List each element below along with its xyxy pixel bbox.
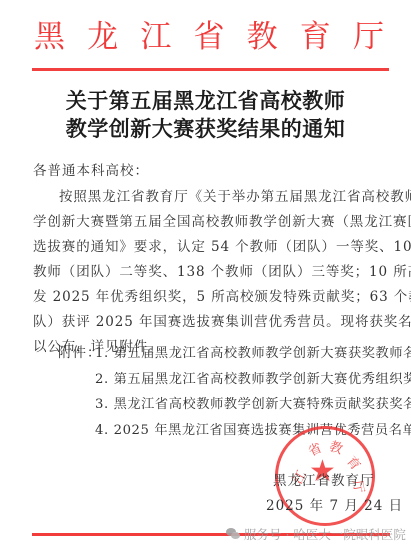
letterhead-char: 省 [193,20,224,54]
signature: 黑龙江省教育厅 [273,473,375,489]
seal-char: 育 [343,451,366,473]
watermark: 服务号 · 哈医大一院眼科医院 [226,525,406,543]
attachments-list: 1. 第五届黑龙江省高校教师教学创新大赛获奖教师名单 2. 第五届黑龙江省高校教… [95,341,411,443]
body-line: 按照黑龙江省教育厅《关于举办第五届黑龙江省高校教师教 [33,185,388,210]
salutation: 各普通本科高校： [33,163,149,179]
watermark-text: 服务号 · 哈医大一院眼科医院 [244,525,406,543]
letterhead-rule [32,68,389,71]
document-title: 关于第五届黑龙江省高校教师 教学创新大赛获奖结果的通知 [0,87,411,143]
signature-date: 2025 年 7 月 24 日 [266,498,403,514]
body-line: 选拔赛的通知》要求，认定 54 个教师（团队）一等奖、109 个 [33,235,388,260]
body-line: 教师（团队）二等奖、138 个教师（团队）三等奖；10 所高校颁 [33,260,388,285]
attachment-item: 3. 黑龙江省高校教师教学创新大赛特殊贡献奖获奖名单 [95,392,411,418]
wechat-icon [226,528,240,540]
body-line: 队）获评 2025 年国赛选拔赛集训营优秀营员。现将获奖名单予 [33,310,388,335]
body-paragraph: 按照黑龙江省教育厅《关于举办第五届黑龙江省高校教师教 学创新大赛暨第五届全国高校… [33,185,388,360]
document-title-line: 关于第五届黑龙江省高校教师 [0,87,411,115]
letterhead-char: 育 [300,20,331,54]
letterhead-title: 黑 龙 江 省 教 育 厅 [34,20,384,54]
attachment-item: 4. 2025 年黑龙江省国赛选拔赛集训营优秀营员名单 [95,418,411,444]
attachment-item: 2. 第五届黑龙江省高校教师教学创新大赛优秀组织奖获奖名单 [95,367,411,393]
body-line: 发 2025 年优秀组织奖，5 所高校颁发特殊贡献奖；63 个教师（团 [33,285,388,310]
letterhead-char: 江 [140,20,171,54]
document-title-line: 教学创新大赛获奖结果的通知 [0,115,411,143]
letterhead-char: 黑 [34,20,65,54]
letterhead-char: 教 [247,20,278,54]
body-line: 学创新大赛暨第五届全国高校教师教学创新大赛（黑龙江赛区） [33,210,388,235]
letterhead-char: 厅 [353,20,384,54]
letterhead-char: 龙 [87,20,118,54]
attachment-item: 1. 第五届黑龙江省高校教师教学创新大赛获奖教师名单 [95,341,411,367]
